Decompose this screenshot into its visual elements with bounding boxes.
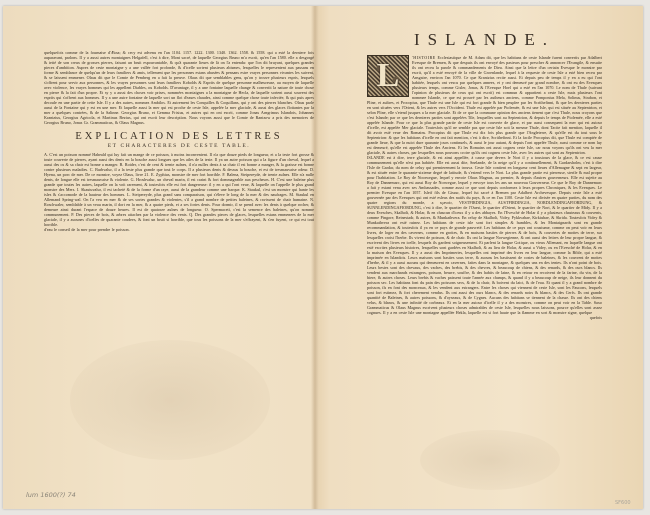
explication-text: A. C'est un poisson nommé Haheald qui lu… xyxy=(44,152,314,232)
drop-cap-letter: L xyxy=(368,56,408,96)
pencil-annotation: lum 1600(?) 74 xyxy=(26,491,76,499)
page-title: ISLANDE. xyxy=(367,30,602,50)
stock-number: SF600 xyxy=(615,500,631,506)
left-page: quelquefois comme de la fournaise d'Ætna… xyxy=(44,50,314,232)
catchword: quefois xyxy=(367,315,602,320)
paper-stain xyxy=(70,340,270,460)
explication-heading: EXPLICATION DES LETTRES xyxy=(44,131,314,142)
left-page-text: quelquefois comme de la fournaise d'Ætna… xyxy=(44,50,314,125)
decorated-initial-icon: L xyxy=(367,55,409,97)
right-page-text: L 'HISTOIRE Ecclesiastique de M. Adam di… xyxy=(367,55,602,320)
explication-subheading: ET CHARACTERES DE CESTE TABLE. xyxy=(44,143,314,149)
explication-ending: d'eau le conseil de la mer pour prendre … xyxy=(44,227,314,232)
explication-paragraph: A. C'est un poisson nommé Haheald qui lu… xyxy=(44,152,314,227)
continuation-paragraph: quelquefois comme de la fournaise d'Ætna… xyxy=(44,50,314,125)
paper-stain xyxy=(420,430,560,490)
right-page: ISLANDE. L 'HISTOIRE Ecclesiastique de M… xyxy=(367,30,602,320)
paragraph-2: ISLANDE est à dire, terre glaciale, & es… xyxy=(367,155,602,315)
